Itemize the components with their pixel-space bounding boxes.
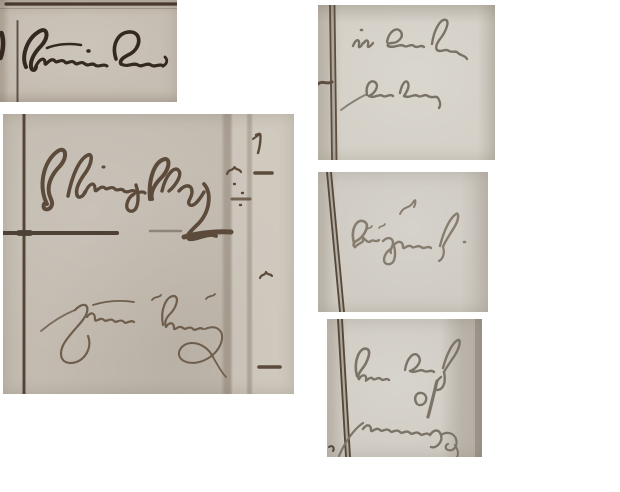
- handwriting-svg: [318, 5, 495, 160]
- manuscript-fragment-top-left: [0, 0, 177, 102]
- handwriting-svg: [3, 114, 294, 394]
- handwriting-line: [1, 30, 167, 70]
- handwriting-line-1: [353, 20, 467, 59]
- ruled-lines: [318, 5, 337, 160]
- handwriting-svg: [327, 319, 482, 457]
- manuscript-collage: [0, 0, 620, 492]
- manuscript-fragment-middle-right: [318, 172, 488, 312]
- manuscript-fragment-top-right: [318, 5, 495, 160]
- handwriting-line: [353, 200, 465, 264]
- handwriting-line-1: [43, 150, 231, 240]
- handwriting-line-1: [356, 340, 460, 390]
- ruled-lines: [327, 172, 344, 312]
- handwriting-svg: [0, 0, 177, 102]
- handwriting-svg: [318, 172, 488, 312]
- manuscript-fragment-left-large: [3, 114, 294, 394]
- margin-column-marks: [227, 134, 280, 367]
- ruled-lines: [329, 319, 350, 457]
- interline-marks: [415, 381, 437, 417]
- handwriting-signature: [41, 294, 226, 377]
- handwriting-line-2: [339, 423, 458, 457]
- handwriting-line-2: [341, 81, 440, 110]
- manuscript-fragment-bottom-right: [327, 319, 482, 457]
